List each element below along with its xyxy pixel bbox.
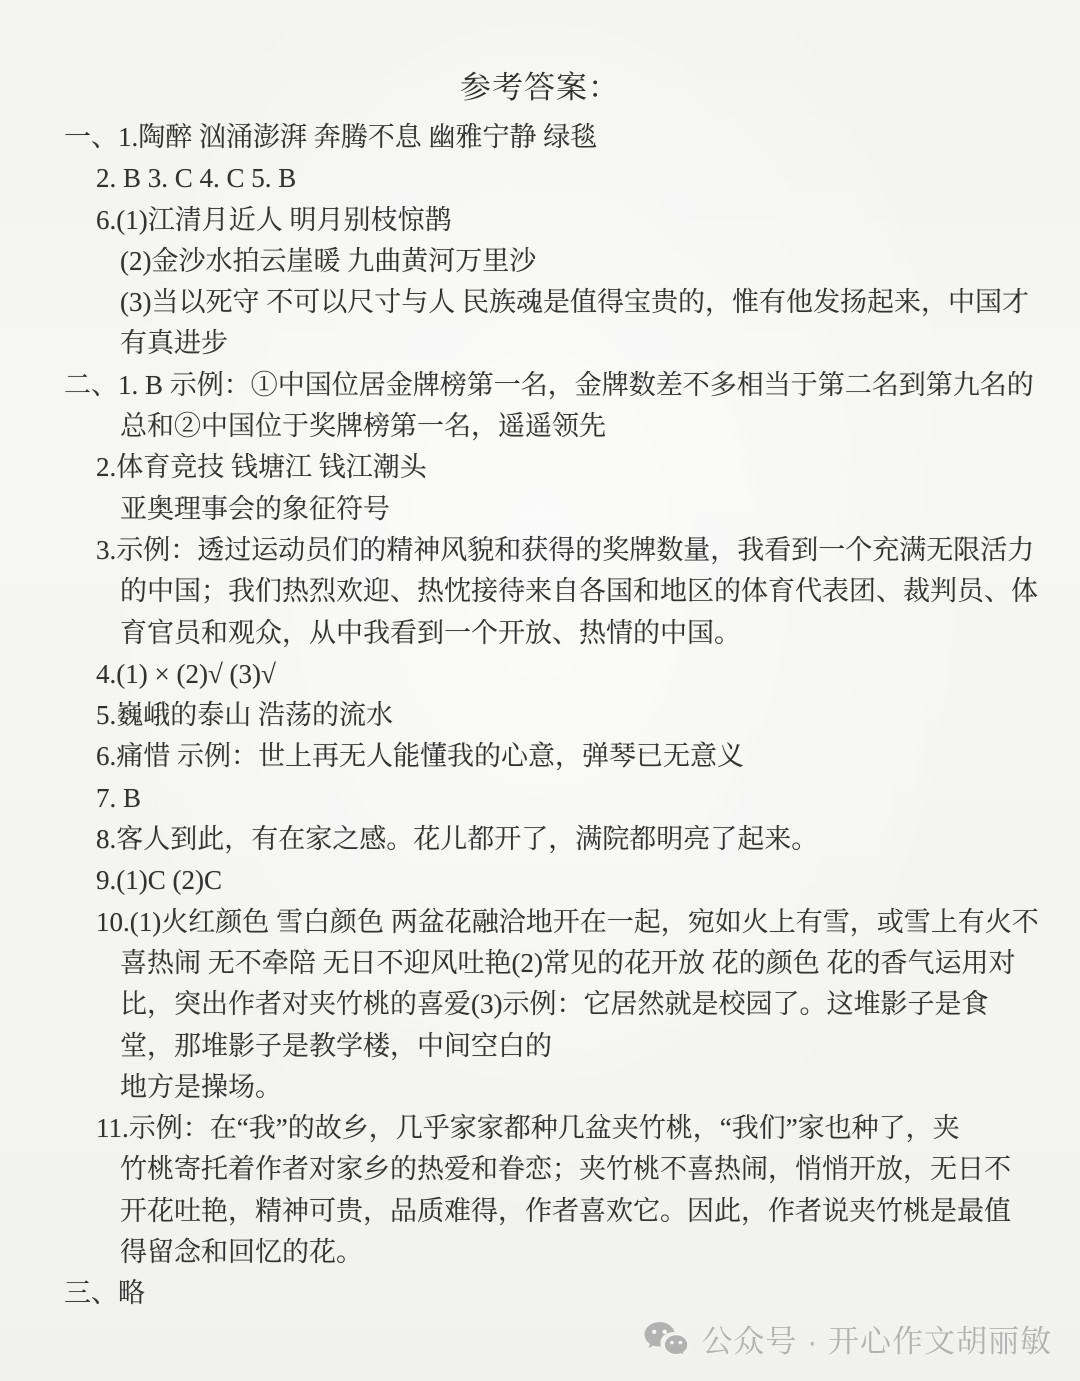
answer-line: 亚奥理事会的象征符号 xyxy=(64,489,1040,530)
answer-line: (3)当以死守 不可以尺寸与人 民族魂是值得宝贵的，惟有他发扬起来，中国才 xyxy=(64,282,1040,323)
answer-line: 比，突出作者对夹竹桃的喜爱(3)示例：它居然就是校园了。这堆影子是食 xyxy=(64,984,1040,1025)
answer-line: 总和②中国位于奖牌榜第一名，遥遥领先 xyxy=(64,406,1040,447)
document-page: 参考答案： 一、1.陶醉 汹涌澎湃 奔腾不息 幽雅宁静 绿毯 2. B 3. C… xyxy=(0,0,1080,1381)
answer-line: 有真进步 xyxy=(64,323,1040,364)
answer-line: 2.体育竞技 钱塘江 钱江潮头 xyxy=(64,447,1040,488)
answer-line: 喜热闹 无不牵陪 无日不迎风吐艳(2)常见的花开放 花的颜色 花的香气运用对 xyxy=(64,943,1040,984)
answer-list: 一、1.陶醉 汹涌澎湃 奔腾不息 幽雅宁静 绿毯 2. B 3. C 4. C … xyxy=(0,107,1080,1315)
answer-line: 3.示例：透过运动员们的精神风貌和获得的奖牌数量，我看到一个充满无限活力 xyxy=(64,530,1040,571)
answer-line: (2)金沙水拍云崖暖 九曲黄河万里沙 xyxy=(64,241,1040,282)
answer-line: 7. B xyxy=(64,778,1040,819)
answer-line: 三、略 xyxy=(64,1273,1040,1314)
answer-line: 得留念和回忆的花。 xyxy=(64,1232,1040,1273)
answer-line: 开花吐艳，精神可贵，品质难得，作者喜欢它。因此，作者说夹竹桃是最值 xyxy=(64,1191,1040,1232)
answer-line: 8.客人到此，有在家之感。花儿都开了，满院都明亮了起来。 xyxy=(64,819,1040,860)
wechat-icon xyxy=(643,1320,689,1358)
answer-line: 2. B 3. C 4. C 5. B xyxy=(64,158,1040,199)
answer-line: 二、1. B 示例：①中国位居金牌榜第一名，金牌数差不多相当于第二名到第九名的 xyxy=(64,365,1040,406)
answer-line: 的中国；我们热烈欢迎、热忱接待来自各国和地区的体育代表团、裁判员、体 xyxy=(64,571,1040,612)
answer-line: 9.(1)C (2)C xyxy=(64,860,1040,901)
answer-line: 堂，那堆影子是教学楼，中间空白的 xyxy=(64,1026,1040,1067)
answer-line: 5.巍峨的泰山 浩荡的流水 xyxy=(64,695,1040,736)
answer-line: 6.痛惜 示例：世上再无人能懂我的心意，弹琴已无意义 xyxy=(64,736,1040,777)
page-title: 参考答案： xyxy=(0,0,1080,107)
watermark: 公众号 · 开心作文胡丽敏 xyxy=(643,1316,1052,1361)
answer-line: 4.(1) × (2)√ (3)√ xyxy=(64,654,1040,695)
answer-line: 11.示例：在“我”的故乡，几乎家家都种几盆夹竹桃，“我们”家也种了，夹 xyxy=(64,1108,1040,1149)
answer-line: 6.(1)江清月近人 明月别枝惊鹊 xyxy=(64,200,1040,241)
watermark-text: 公众号 · 开心作文胡丽敏 xyxy=(701,1316,1052,1361)
answer-line: 育官员和观众，从中我看到一个开放、热情的中国。 xyxy=(64,613,1040,654)
answer-line: 10.(1)火红颜色 雪白颜色 两盆花融洽地开在一起，宛如火上有雪，或雪上有火不 xyxy=(64,902,1040,943)
answer-line: 竹桃寄托着作者对家乡的热爱和眷恋；夹竹桃不喜热闹，悄悄开放，无日不 xyxy=(64,1149,1040,1190)
answer-line: 一、1.陶醉 汹涌澎湃 奔腾不息 幽雅宁静 绿毯 xyxy=(64,117,1040,158)
answer-line: 地方是操场。 xyxy=(64,1067,1040,1108)
